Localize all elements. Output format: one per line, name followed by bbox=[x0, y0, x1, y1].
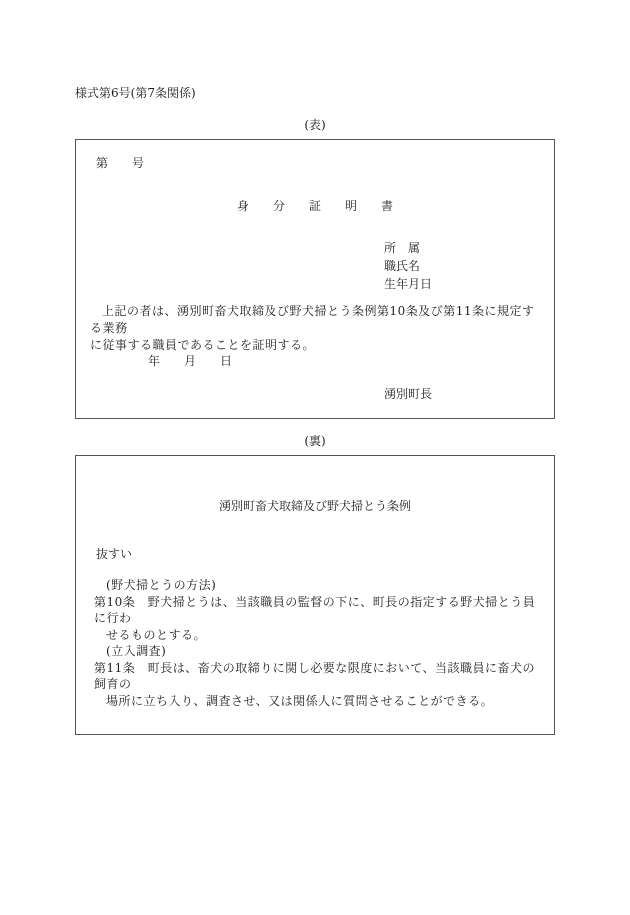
ordinance-title: 湧別町畜犬取締及び野犬掃とう条例 bbox=[76, 497, 554, 514]
document-page: 様式第6号(第7条関係) (表) 第 号 身 分 証 明 書 所 属 職氏名 生… bbox=[0, 0, 630, 915]
ordinance-extract: (野犬掃とうの方法) 第10条 野犬掃とうは、当該職員の監督の下に、町長の指定す… bbox=[76, 577, 554, 709]
extract-line-article10-heading: (野犬掃とうの方法) bbox=[94, 577, 542, 594]
extract-line-article11-text-2: 場所に立ち入り、調査させ、又は関係人に質問させることができる。 bbox=[94, 693, 542, 710]
affiliation-field-label: 所 属 bbox=[384, 239, 432, 257]
extract-line-article10-text-1: 第10条 野犬掃とうは、当該職員の監督の下に、町長の指定する野犬掃とう員に行わ bbox=[94, 594, 542, 627]
extract-line-article10-text-2: せるものとする。 bbox=[94, 627, 542, 644]
back-ordinance-box: 湧別町畜犬取締及び野犬掃とう条例 抜すい (野犬掃とうの方法) 第10条 野犬掃… bbox=[75, 455, 555, 735]
certification-statement-line-1: 上記の者は、湧別町畜犬取締及び野犬掃とう条例第10条及び第11条に規定する業務 bbox=[90, 303, 540, 337]
extract-label: 抜すい bbox=[96, 545, 132, 562]
extract-line-article11-heading: (立入調査) bbox=[94, 643, 542, 660]
certificate-number-blank: 第 号 bbox=[96, 154, 144, 171]
certificate-title: 身 分 証 明 書 bbox=[76, 197, 554, 214]
extract-line-article11-text-1: 第11条 町長は、畜犬の取締りに関し必要な限度において、当該職員に畜犬の飼育の bbox=[94, 660, 542, 693]
holder-fields: 所 属 職氏名 生年月日 bbox=[384, 239, 432, 293]
name-field-label: 職氏名 bbox=[384, 257, 432, 275]
date-blank-label: 年 月 日 bbox=[148, 352, 232, 369]
back-side-label: (裏) bbox=[0, 432, 630, 449]
front-side-label: (表) bbox=[0, 116, 630, 133]
form-number-label: 様式第6号(第7条関係) bbox=[75, 84, 196, 101]
birthdate-field-label: 生年月日 bbox=[384, 275, 432, 293]
issuer-label: 湧別町長 bbox=[384, 385, 432, 402]
certification-statement: 上記の者は、湧別町畜犬取締及び野犬掃とう条例第10条及び第11条に規定する業務 … bbox=[76, 303, 554, 354]
front-certificate-box: 第 号 身 分 証 明 書 所 属 職氏名 生年月日 上記の者は、湧別町畜犬取締… bbox=[75, 139, 555, 419]
